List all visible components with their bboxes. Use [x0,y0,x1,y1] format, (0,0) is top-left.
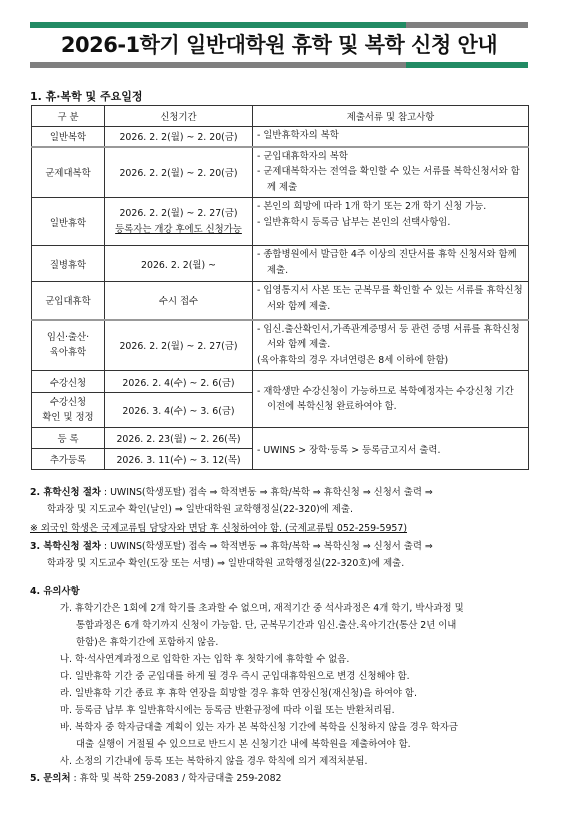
table-row: 군입대휴학 수시 접수 - 입영통지서 사본 또는 군복무를 확인할 수 있는 … [32,282,529,320]
section3: 3. 복학신청 절차 : UWINS(학생포탈) 접속 ⇒ 학적변동 ⇒ 휴학/… [30,538,542,572]
cell-period: 2026. 2. 23(월) ~ 2. 26(목) [105,428,253,449]
note-line: - 군입대휴학자의 복학 [257,149,524,165]
schedule-table: 구 분 신청기간 제출서류 및 참고사항 일반복학 2026. 2. 2(월) … [31,105,529,470]
cell-category: 추가등록 [32,449,105,470]
period-note: 등록자는 개강 후에도 신청가능 [109,222,248,238]
cell-period: 2026. 2. 2(월) ~ 2. 20(금) [105,147,253,198]
note-line: - 재학생만 수강신청이 가능하므로 복학예정자는 수강신청 기간 이전에 복학… [257,384,524,415]
section2-label: 2. 휴학신청 절차 [30,487,101,498]
table-row: 일반휴학 2026. 2. 2(월) ~ 2. 27(금) 등록자는 개강 후에… [32,198,529,246]
section3-line2: 학과장 및 지도교수 확인(도장 또는 서명) ⇒ 일반대학원 교학행정실(22… [30,555,542,572]
foreign-student-notice: ※ 외국인 학생은 국제교류팀 담당자와 면담 후 신청하여야 함. (국제교류… [30,520,542,537]
cell-period: 수시 접수 [105,282,253,320]
table-row: 수강신청 2026. 2. 4(수) ~ 2. 6(금) - 재학생만 수강신청… [32,371,529,393]
note-line: - 일반휴학자의 복학 [257,128,524,144]
section2: 2. 휴학신청 절차 : UWINS(학생포탈) 접속 ⇒ 학적변동 ⇒ 휴학/… [30,484,542,537]
header-bar-top-gray [406,22,528,28]
cell-category: 일반휴학 [32,198,105,246]
contact-line: 5. 문의처 : 휴학 및 복학 259-2083 / 학자금대출 259-20… [30,770,542,787]
note-line: - 입영통지서 사본 또는 군복무를 확인할 수 있는 서류를 휴학신청서와 함… [257,283,524,314]
cell-category: 임신·출산· 육아휴학 [32,320,105,371]
cell-category: 수강신청 [32,371,105,393]
cell-period: 2026. 3. 11(수) ~ 3. 12(목) [105,449,253,470]
cell-period: 2026. 2. 4(수) ~ 2. 6(금) [105,371,253,393]
col-header-period: 신청기간 [105,106,253,127]
section4-heading: 4. 유의사항 [30,583,542,600]
table-row: 임신·출산· 육아휴학 2026. 2. 2(월) ~ 2. 27(금) - 임… [32,320,529,371]
cell-notes: - 입영통지서 사본 또는 군복무를 확인할 수 있는 서류를 휴학신청서와 함… [253,282,529,320]
cell-period: 2026. 3. 4(수) ~ 3. 6(금) [105,393,253,428]
section2-line1: 2. 휴학신청 절차 : UWINS(학생포탈) 접속 ⇒ 학적변동 ⇒ 휴학/… [30,484,542,501]
cell-notes: - 일반휴학자의 복학 [253,127,529,147]
note-line: - 본인의 희망에 따라 1개 학기 또는 2개 학기 신청 가능. [257,199,524,215]
table-row: 등 록 2026. 2. 23(월) ~ 2. 26(목) - UWINS > … [32,428,529,449]
category-line: 수강신청 [36,395,100,411]
cell-notes-merged: - UWINS > 장학·등록 > 등록금고지서 출력. [253,428,529,470]
notice-item: 바. 복학자 중 학자금대출 계획이 있는 자가 본 복학신청 기간에 복학을 … [30,719,542,736]
notice-item: 가. 휴학기간은 1회에 2개 학기를 초과할 수 없으며, 재적기간 중 석사… [30,600,542,617]
cell-category: 수강신청 확인 및 정정 [32,393,105,428]
section2-text: : UWINS(학생포탈) 접속 ⇒ 학적변동 ⇒ 휴학/복학 ⇒ 휴학신청 ⇒… [101,487,433,498]
section1-heading: 1. 휴·복학 및 주요일정 [30,88,143,104]
section4: 4. 유의사항 가. 휴학기간은 1회에 2개 학기를 초과할 수 없으며, 재… [30,583,542,787]
notice-item: 다. 일반휴학 기간 중 군입대를 하게 될 경우 즉시 군입대휴학원으로 변경… [30,668,542,685]
table-header-row: 구 분 신청기간 제출서류 및 참고사항 [32,106,529,127]
notice-item: 라. 일반휴학 기간 종료 후 휴학 연장을 희망할 경우 휴학 연장신청(재신… [30,685,542,702]
notice-item: 사. 소정의 기간내에 등록 또는 복학하지 않을 경우 학칙에 의거 제적처분… [30,753,542,770]
cell-period: 2026. 2. 2(월) ~ 2. 20(금) [105,127,253,147]
cell-notes-merged: - 재학생만 수강신청이 가능하므로 복학예정자는 수강신청 기간 이전에 복학… [253,371,529,428]
cell-category: 질병휴학 [32,246,105,282]
notice-item: 나. 학·석사연계과정으로 입학한 자는 입학 후 첫학기에 휴학할 수 없음. [30,651,542,668]
section3-label: 3. 복학신청 절차 [30,541,101,552]
period-text: 2026. 2. 2(월) ~ 2. 27(금) [109,206,248,222]
header-bar-top-green [30,22,406,28]
note-line: - 일반휴학시 등록금 납부는 본인의 선택사항임. [257,215,524,231]
table-row: 질병휴학 2026. 2. 2(월) ~ - 종합병원에서 발급한 4주 이상의… [32,246,529,282]
notice-item: 마. 등록금 납부 후 일반휴학시에는 등록금 반환규정에 따라 이월 또는 반… [30,702,542,719]
cell-notes: - 종합병원에서 발급한 4주 이상의 진단서를 휴학 신청서와 함께 제출. [253,246,529,282]
cell-category: 군제대복학 [32,147,105,198]
cell-category: 등 록 [32,428,105,449]
cell-notes: - 본인의 희망에 따라 1개 학기 또는 2개 학기 신청 가능. - 일반휴… [253,198,529,246]
notice-item-cont: 대출 실행이 거절될 수 있으므로 반드시 본 신청기간 내에 복학원을 제출하… [30,736,542,753]
note-line: (육아휴학의 경우 자녀연령은 8세 이하에 한함) [257,353,524,369]
cell-notes: - 군입대휴학자의 복학 - 군제대복학자는 전역을 확인할 수 있는 서류를 … [253,147,529,198]
contact-text: : 휴학 및 복학 259-2083 / 학자금대출 259-2082 [71,773,282,784]
cell-notes: - 임신.출산확인서,가족관계증명서 등 관련 증명 서류를 휴학신청서와 함께… [253,320,529,371]
note-line: - 종합병원에서 발급한 4주 이상의 진단서를 휴학 신청서와 함께 제출. [257,247,524,278]
table-row: 군제대복학 2026. 2. 2(월) ~ 2. 20(금) - 군입대휴학자의… [32,147,529,198]
cell-period: 2026. 2. 2(월) ~ 2. 27(금) 등록자는 개강 후에도 신청가… [105,198,253,246]
note-line: - 군제대복학자는 전역을 확인할 수 있는 서류를 복학신청서와 함께 제출 [257,164,524,195]
category-line: 육아휴학 [36,345,100,361]
section3-line1: 3. 복학신청 절차 : UWINS(학생포탈) 접속 ⇒ 학적변동 ⇒ 휴학/… [30,538,542,555]
col-header-notes: 제출서류 및 참고사항 [253,106,529,127]
notice-item-cont: 통합과정은 6개 학기까지 신청이 가능함. 단, 군복무기간과 임신.출산.육… [30,617,542,634]
category-line: 임신·출산· [36,330,100,346]
notice-item-cont: 한함)은 휴학기간에 포함하지 않음. [30,634,542,651]
note-line: - 임신.출산확인서,가족관계증명서 등 관련 증명 서류를 휴학신청서와 함께… [257,322,524,353]
section5-label: 5. 문의처 [30,773,71,784]
table-row: 일반복학 2026. 2. 2(월) ~ 2. 20(금) - 일반휴학자의 복… [32,127,529,147]
cell-category: 일반복학 [32,127,105,147]
cell-period: 2026. 2. 2(월) ~ 2. 27(금) [105,320,253,371]
cell-category: 군입대휴학 [32,282,105,320]
cell-period: 2026. 2. 2(월) ~ [105,246,253,282]
col-header-category: 구 분 [32,106,105,127]
page-title: 2026-1학기 일반대학원 휴학 및 복학 신청 안내 [30,31,528,59]
header-bar-bottom-gray [30,62,406,68]
section3-text: : UWINS(학생포탈) 접속 ⇒ 학적변동 ⇒ 휴학/복학 ⇒ 복학신청 ⇒… [101,541,433,552]
section2-line2: 학과장 및 지도교수 확인(날인) ⇒ 일반대학원 교학행정실(22-320)에… [30,501,542,518]
header-bar-bottom-green [406,62,528,68]
category-line: 확인 및 정정 [36,410,100,426]
